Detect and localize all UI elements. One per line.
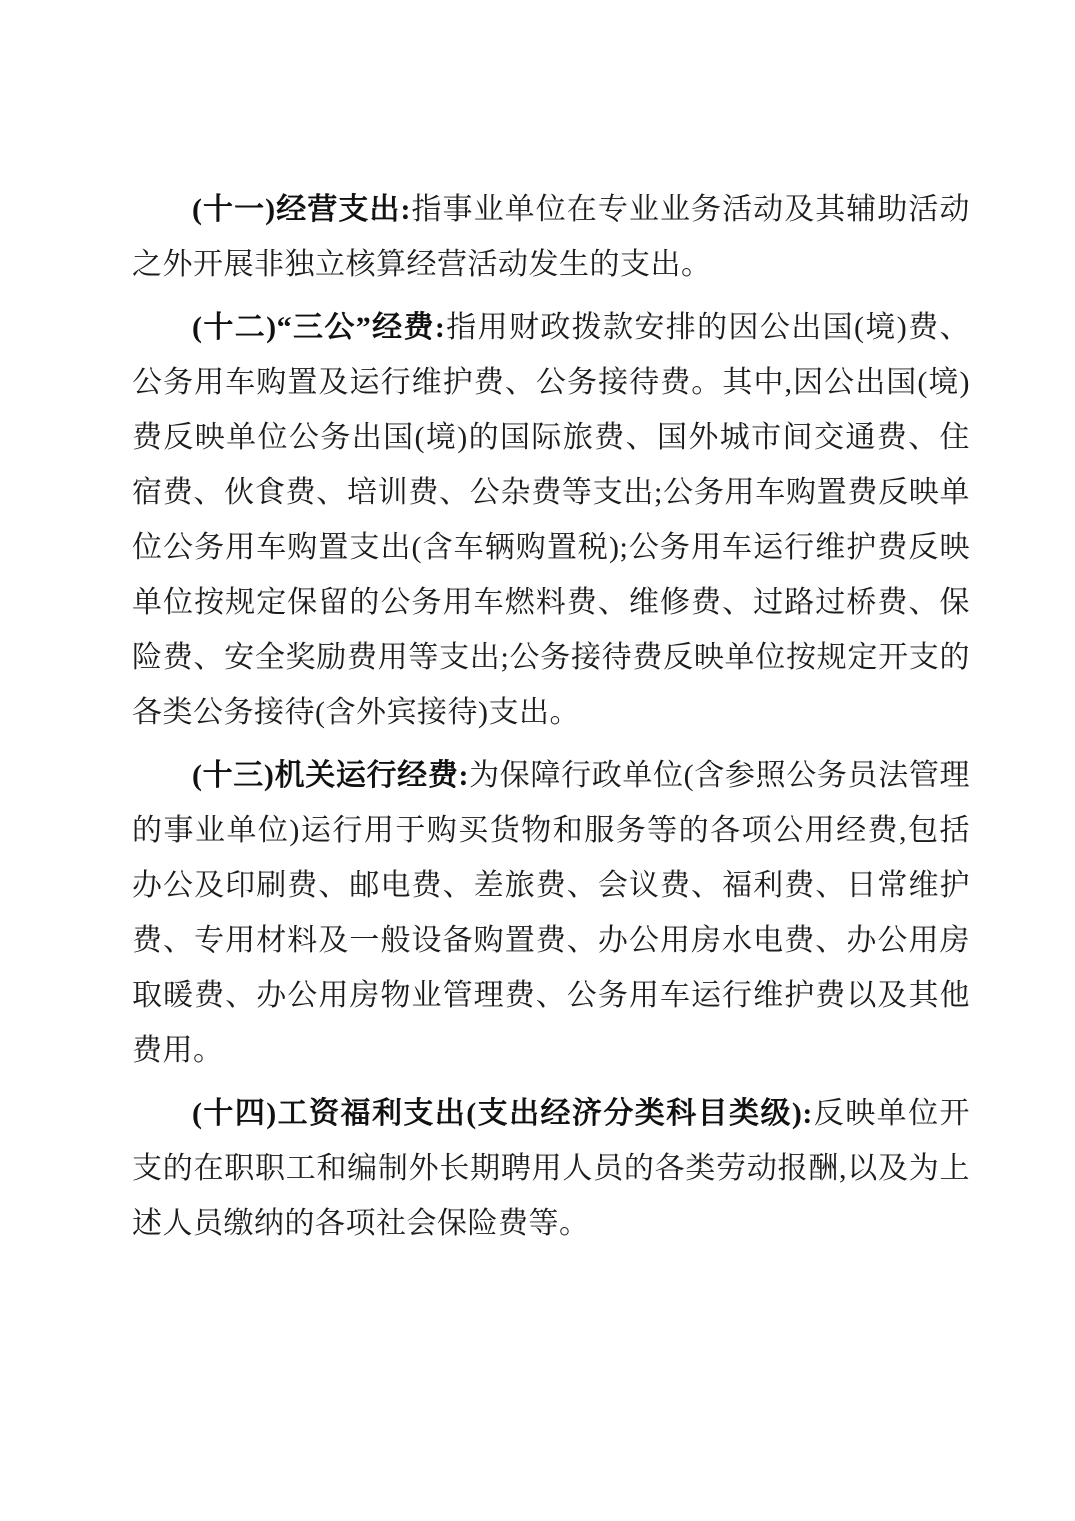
paragraph-label: (十四)工资福利支出(支出经济分类科目类级): <box>192 1097 813 1130</box>
paragraph-label: (十三)机关运行经费: <box>192 759 469 792</box>
paragraph-body: 为保障行政单位(含参照公务员法管理的事业单位)运行用于购买货物和服务等的各项公用… <box>132 759 970 1067</box>
paragraph-label: (十二)“三公”经费: <box>192 311 445 344</box>
paragraph-item-14: (十四)工资福利支出(支出经济分类科目类级):反映单位开支的在职职工和编制外长期… <box>132 1086 970 1251</box>
paragraph-label: (十一)经营支出: <box>192 193 411 226</box>
paragraph-item-11: (十一)经营支出:指事业单位在专业业务活动及其辅助活动之外开展非独立核算经营活动… <box>132 182 970 292</box>
paragraph-body: 指用财政拨款安排的因公出国(境)费、公务用车购置及运行维护费、公务接待费。其中,… <box>132 311 970 729</box>
paragraph-item-13: (十三)机关运行经费:为保障行政单位(含参照公务员法管理的事业单位)运行用于购买… <box>132 748 970 1078</box>
document-page: (十一)经营支出:指事业单位在专业业务活动及其辅助活动之外开展非独立核算经营活动… <box>0 0 1075 1521</box>
paragraph-item-12: (十二)“三公”经费:指用财政拨款安排的因公出国(境)费、公务用车购置及运行维护… <box>132 300 970 740</box>
